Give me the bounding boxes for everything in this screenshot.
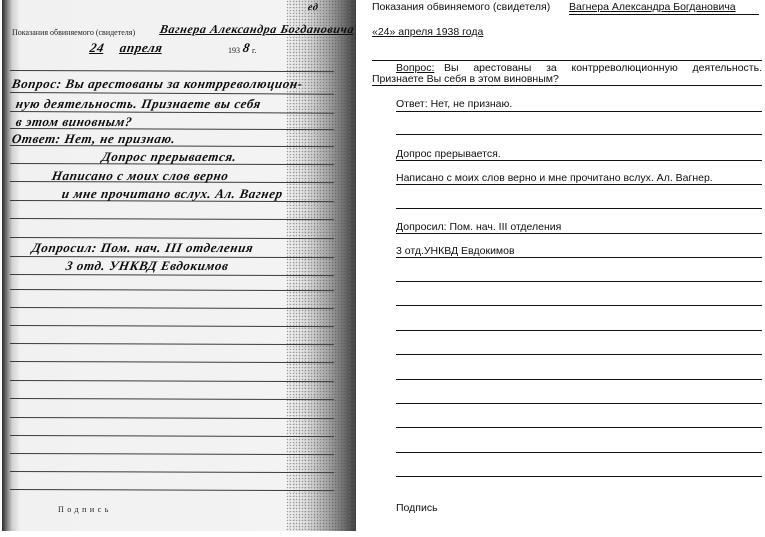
scan-interrogator-line2: 3 отд. УНКВД Евдокимов <box>65 258 230 274</box>
ruled-line <box>396 305 762 306</box>
transcription-header-name: Вагнера Александра Богдановича <box>569 1 736 13</box>
scan-answer: Ответ: Нет, не признаю. <box>11 131 177 147</box>
scan-date-year-hw: 8 <box>242 40 252 56</box>
interrogator-line1: Допросил: Пом. нач. III отделения <box>396 221 561 233</box>
ruled-line <box>396 476 762 477</box>
ruled-line <box>396 427 762 428</box>
scan-rule <box>10 380 334 382</box>
answer-text: Ответ: Нет, не признаю. <box>396 98 512 110</box>
ruled-line <box>396 257 762 258</box>
scan-rule <box>10 361 334 363</box>
scan-rule <box>10 218 334 220</box>
ruled-line <box>396 452 762 453</box>
ruled-line <box>396 330 762 331</box>
scan-header-name: Вагнера Александра Богдановича <box>159 22 356 37</box>
scan-date-year: 193 <box>228 46 240 55</box>
interrogator-line2: 3 отд.УНКВД Евдокимов <box>396 245 515 257</box>
scan-question-line2: ную деятельность. Признаете вы себя <box>15 96 263 112</box>
ruled-line <box>396 111 762 112</box>
signature-label: Подпись <box>396 502 438 514</box>
scan-rule <box>10 343 334 345</box>
scan-interrogator-line1: Допросил: Пом. нач. III отделения <box>31 240 255 256</box>
transcription-header-label: Показания обвиняемого (свидетеля) <box>372 1 550 13</box>
scan-signature-label: Подпись <box>58 505 112 514</box>
interrupt-text: Допрос прерывается. <box>396 148 501 160</box>
scan-date-month: апреля <box>119 40 164 56</box>
question-text-line2: Признаете Вы себя в этом виновным? <box>372 73 559 85</box>
scan-rule <box>10 289 334 291</box>
scan-date-suffix: г. <box>252 46 256 55</box>
header-name-underline <box>569 14 759 15</box>
transcription-date: «24» апреля 1938 года <box>372 26 483 38</box>
scan-rule <box>10 417 334 419</box>
ruled-line <box>396 403 762 404</box>
ruled-line <box>396 134 762 135</box>
ruled-line <box>396 281 762 282</box>
scan-rule <box>10 453 334 455</box>
scan-date-day: 24 <box>89 40 106 56</box>
scan-rule <box>10 471 334 473</box>
scan-rule <box>10 325 334 327</box>
corner-mark: ед <box>307 2 319 13</box>
scan-rule <box>10 307 334 309</box>
scan-rule <box>10 398 334 400</box>
scan-question-line3: в этом виновным? <box>15 114 134 130</box>
scan-rule <box>10 70 334 72</box>
transcription-panel: Показания обвиняемого (свидетеля) Вагнер… <box>372 0 762 537</box>
ruled-line <box>396 208 762 209</box>
written-statement-text: Написано с моих слов верно и мне прочита… <box>396 172 713 184</box>
scan-rule <box>10 435 334 437</box>
scan-rule <box>10 237 334 239</box>
scan-written-line1: Написано с моих слов верно <box>51 168 230 184</box>
ruled-line <box>396 184 762 185</box>
scan-written-line2: и мне прочитано вслух. Ал. Вагнер <box>61 186 285 202</box>
scan-rule <box>10 274 334 276</box>
scanned-protocol-image: ед Показания обвиняемого (свидетеля) Ваг… <box>2 0 356 531</box>
ruled-line <box>372 85 762 86</box>
scan-question-line1: Вопрос: Вы арестованы за контрреволюцион… <box>11 76 305 92</box>
ruled-line <box>372 60 762 61</box>
scan-header-printed: Показания обвиняемого (свидетеля) <box>12 28 135 37</box>
ruled-line <box>396 379 762 380</box>
scan-interrupt: Допрос прерывается. <box>101 149 239 165</box>
ruled-line <box>396 160 762 161</box>
ruled-line <box>396 354 762 355</box>
ruled-line <box>396 233 762 234</box>
scan-rule <box>10 489 334 491</box>
